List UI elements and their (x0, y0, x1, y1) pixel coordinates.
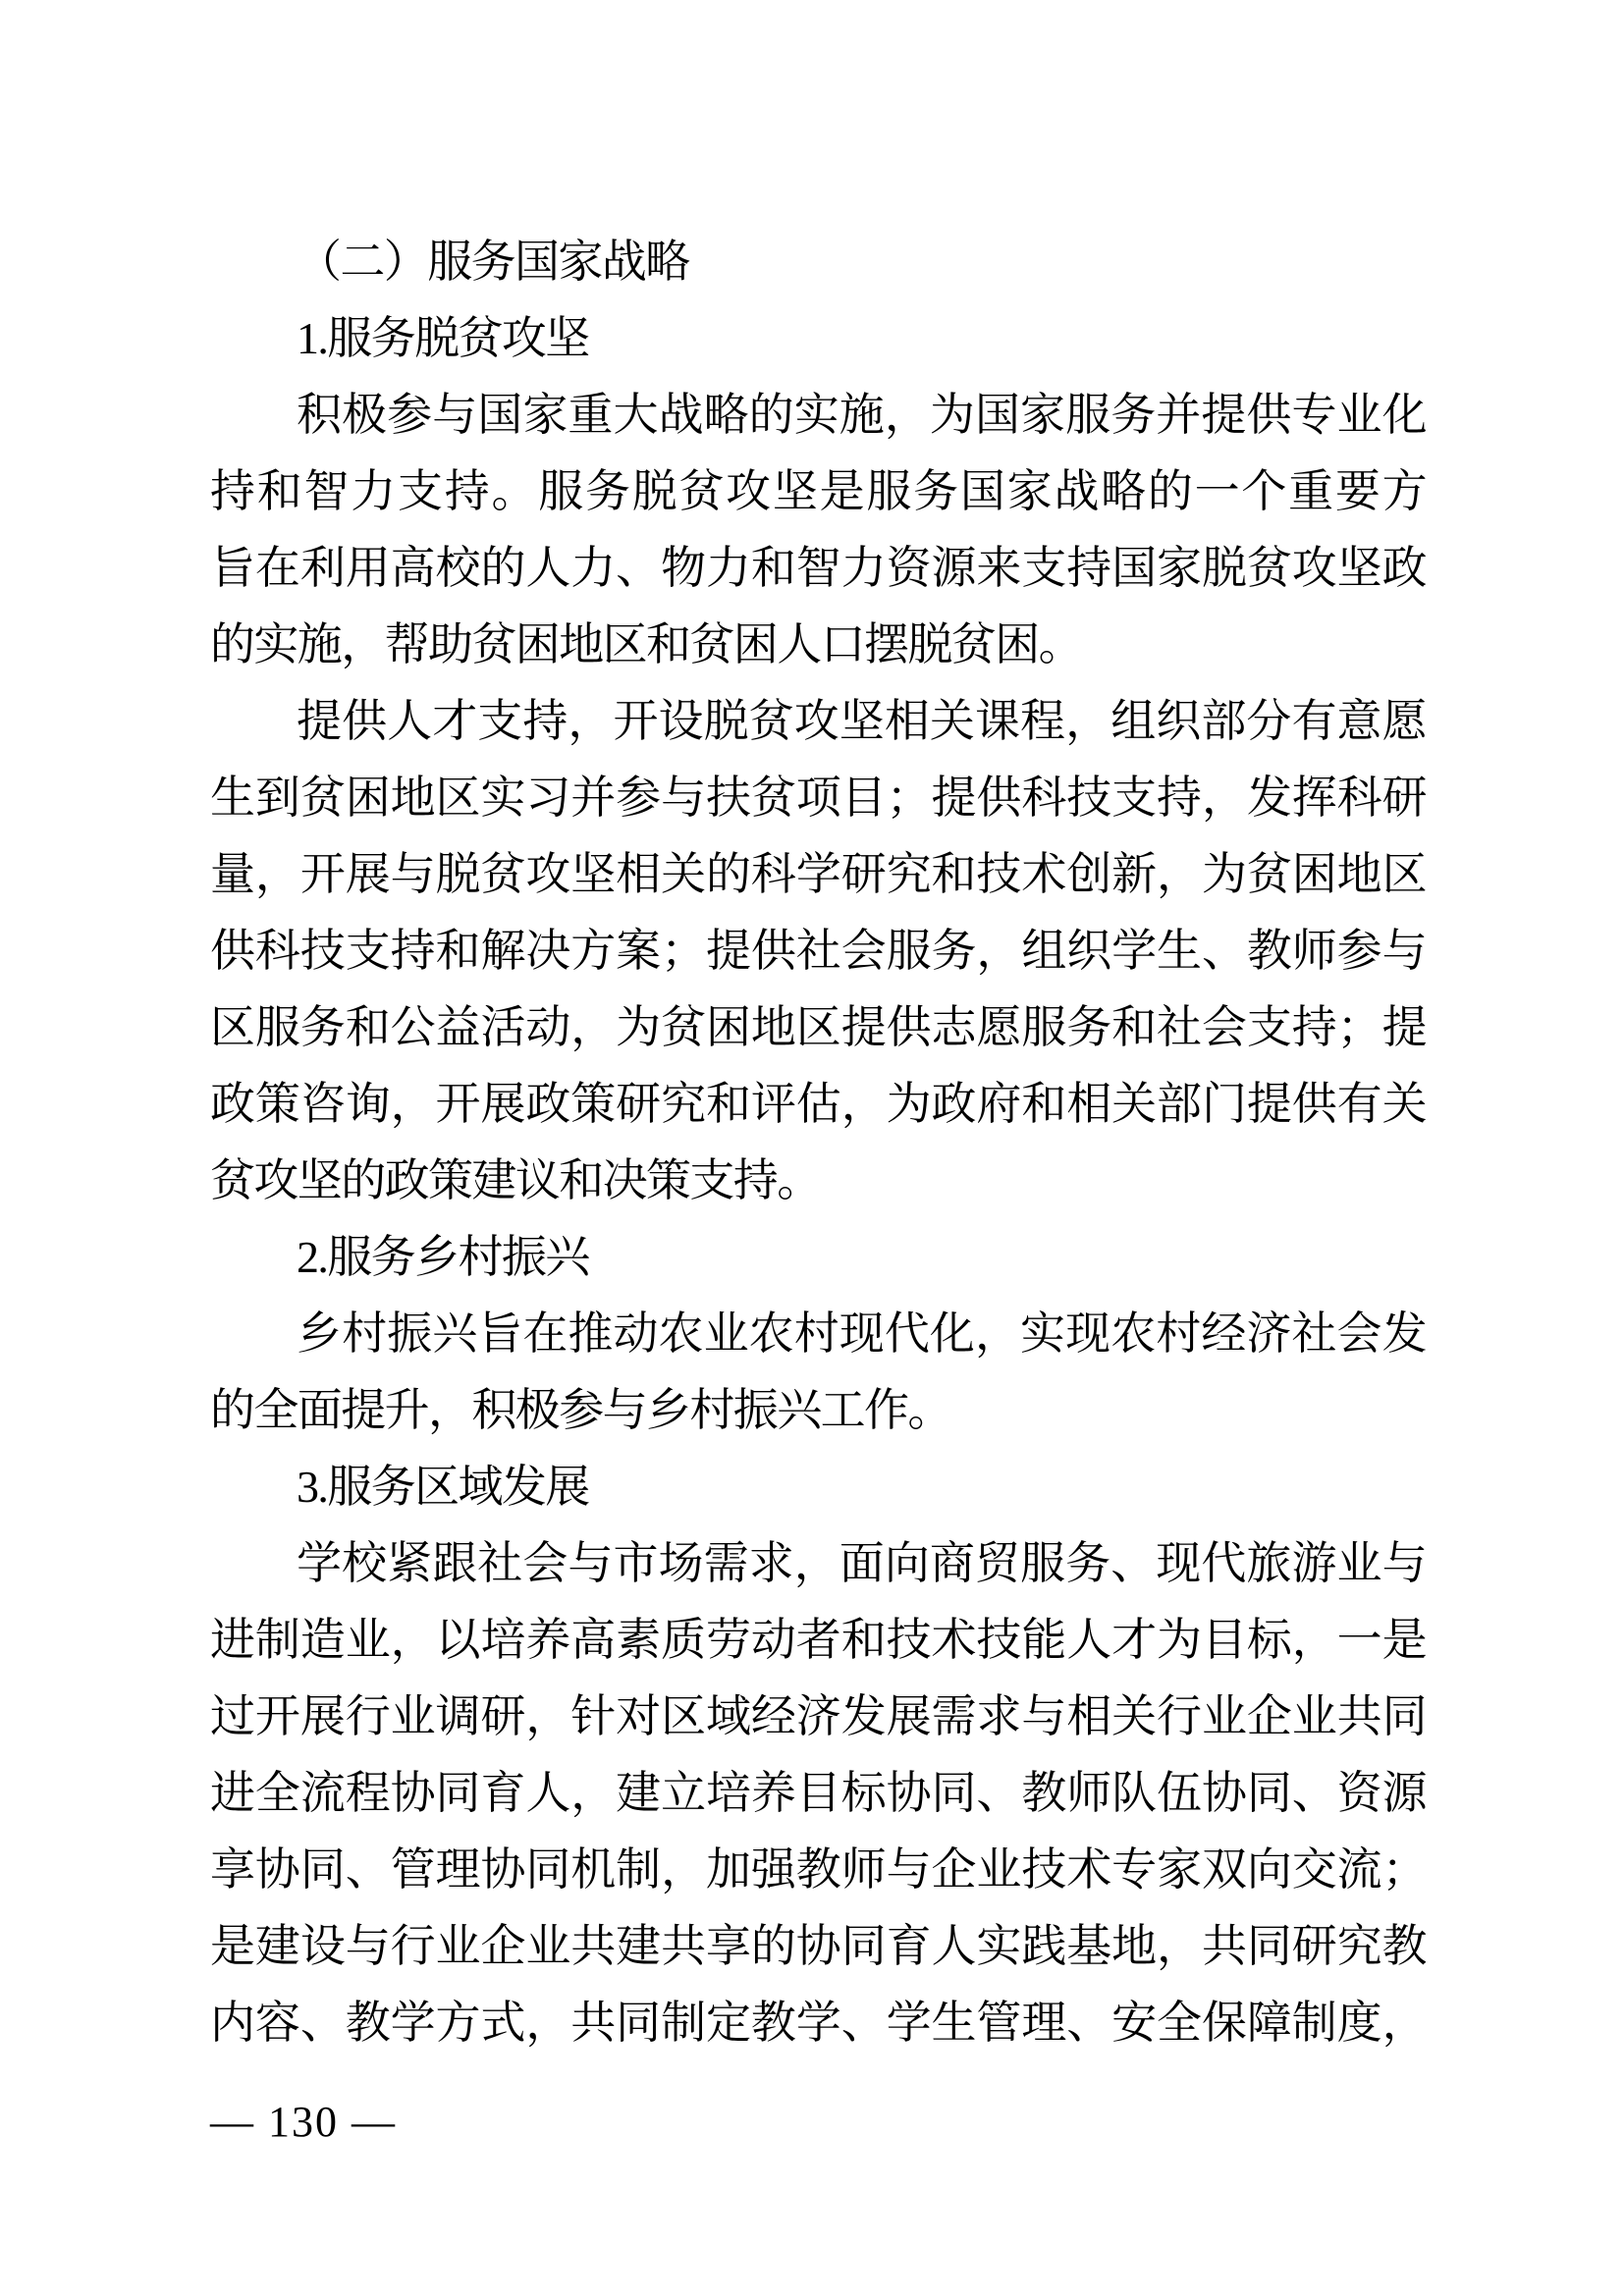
document-page: （二）服务国家战略1.服务脱贫攻坚积极参与国家重大战略的实施，为国家服务并提供专… (0, 0, 1624, 2296)
text-line: 供科技支持和解决方案；提供社会服务，组织学生、教师参与社 (210, 913, 1426, 989)
text-line: 旨在利用高校的人力、物力和智力资源来支持国家脱贫攻坚政策 (210, 530, 1426, 607)
text-line: 量，开展与脱贫攻坚相关的科学研究和技术创新，为贫困地区提 (210, 836, 1426, 913)
text-line: 积极参与国家重大战略的实施，为国家服务并提供专业化支 (210, 377, 1426, 454)
text-line: 乡村振兴旨在推动农业农村现代化，实现农村经济社会发展 (210, 1296, 1426, 1372)
document-body: （二）服务国家战略1.服务脱贫攻坚积极参与国家重大战略的实施，为国家服务并提供专… (210, 224, 1426, 2061)
text-line: 生到贫困地区实习并参与扶贫项目；提供科技支持，发挥科研力 (210, 760, 1426, 836)
text-line: 持和智力支持。服务脱贫攻坚是服务国家战略的一个重要方向， (210, 454, 1426, 530)
text-line: 学校紧跟社会与市场需求，面向商贸服务、现代旅游业与先 (210, 1525, 1426, 1602)
text-line: 政策咨询，开展政策研究和评估，为政府和相关部门提供有关脱 (210, 1066, 1426, 1143)
subheading-line: 3.服务区域发展 (210, 1449, 1426, 1525)
text-line: 过开展行业调研，针对区域经济发展需求与相关行业企业共同推 (210, 1679, 1426, 1755)
text-line: 的实施，帮助贫困地区和贫困人口摆脱贫困。 (210, 607, 1426, 683)
text-line: 是建设与行业企业共建共享的协同育人实践基地，共同研究教学 (210, 1908, 1426, 1985)
subheading-line: 1.服务脱贫攻坚 (210, 300, 1426, 377)
text-line: 提供人才支持，开设脱贫攻坚相关课程，组织部分有意愿学 (210, 683, 1426, 760)
text-line: 贫攻坚的政策建议和决策支持。 (210, 1143, 1426, 1219)
text-line: 的全面提升，积极参与乡村振兴工作。 (210, 1372, 1426, 1449)
text-line: 区服务和公益活动，为贫困地区提供志愿服务和社会支持；提供 (210, 989, 1426, 1066)
text-line: 进制造业，以培养高素质劳动者和技术技能人才为目标，一是通 (210, 1602, 1426, 1679)
text-line: 内容、教学方式，共同制定教学、学生管理、安全保障制度，共 (210, 1985, 1426, 2061)
page-number: — 130 — (210, 2098, 397, 2146)
text-line: 享协同、管理协同机制，加强教师与企业技术专家双向交流；二 (210, 1832, 1426, 1908)
section-heading-line: （二）服务国家战略 (210, 224, 1426, 300)
text-line: 进全流程协同育人，建立培养目标协同、教师队伍协同、资源共 (210, 1755, 1426, 1832)
page-footer: — 130 — (210, 2093, 397, 2152)
subheading-line: 2.服务乡村振兴 (210, 1219, 1426, 1296)
